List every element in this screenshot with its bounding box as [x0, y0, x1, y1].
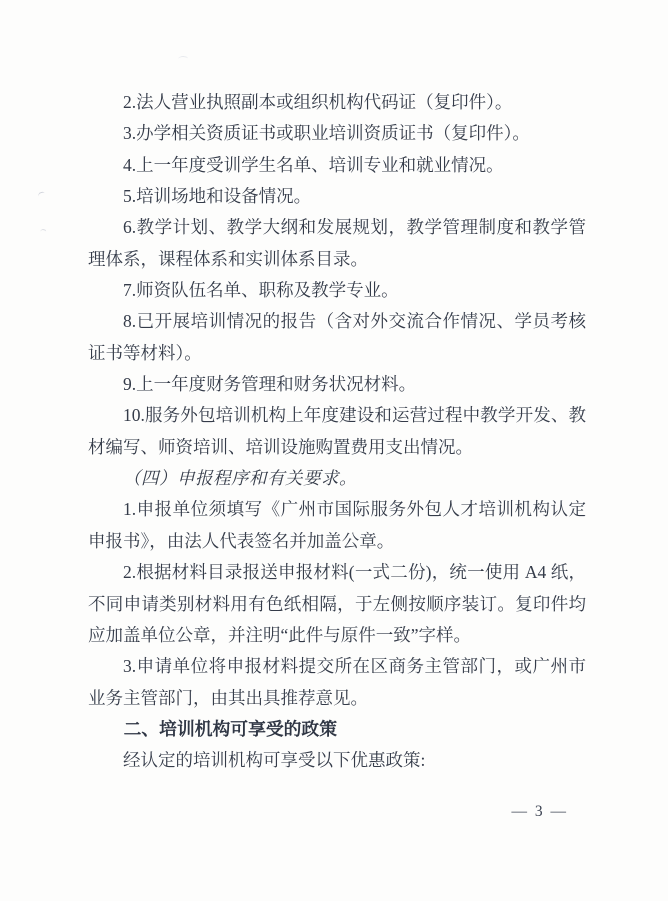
paragraph: 2.法人营业执照副本或组织机构代码证（复印件）。: [88, 87, 586, 118]
paragraph: 3.申请单位将申报材料提交所在区商务主管部门，或广州市业务主管部门，由其出具推荐…: [88, 651, 586, 714]
scan-artifact: [178, 56, 188, 63]
page-number: — 3 —: [512, 803, 569, 821]
paragraph: 7.师资队伍名单、职称及教学专业。: [88, 275, 586, 306]
paragraph: 6.教学计划、教学大纲和发展规划，教学管理制度和教学管理体系，课程体系和实训体系…: [88, 212, 586, 275]
paragraph: 经认定的培训机构可享受以下优惠政策:: [88, 745, 586, 776]
paragraph: 1.申报单位须填写《广州市国际服务外包人才培训机构认定申报书》，由法人代表签名并…: [88, 494, 586, 557]
paragraph: 9.上一年度财务管理和财务状况材料。: [88, 369, 586, 400]
scan-artifact: [37, 191, 46, 199]
paragraph: 4.上一年度受训学生名单、培训专业和就业情况。: [88, 150, 586, 181]
scanned-document-page: 2.法人营业执照副本或组织机构代码证（复印件）。3.办学相关资质证书或职业培训资…: [0, 0, 668, 901]
paragraph: 10.服务外包培训机构上年度建设和运营过程中教学开发、教材编写、师资培训、培训设…: [88, 400, 586, 463]
paragraph: 3.办学相关资质证书或职业培训资质证书（复印件）。: [88, 118, 586, 149]
paragraph: 5.培训场地和设备情况。: [88, 181, 586, 212]
scan-artifact: [39, 228, 46, 235]
section-heading: 二、培训机构可享受的政策: [88, 714, 586, 745]
paragraph: 2.根据材料目录报送申报材料(一式二份)，统一使用 A4 纸，不同申请类别材料用…: [88, 557, 586, 651]
paragraph: 8.已开展培训情况的报告（含对外交流合作情况、学员考核证书等材料）。: [88, 306, 586, 369]
paragraph: （四）申报程序和有关要求。: [88, 463, 586, 494]
document-body: 2.法人营业执照副本或组织机构代码证（复印件）。3.办学相关资质证书或职业培训资…: [88, 87, 586, 777]
